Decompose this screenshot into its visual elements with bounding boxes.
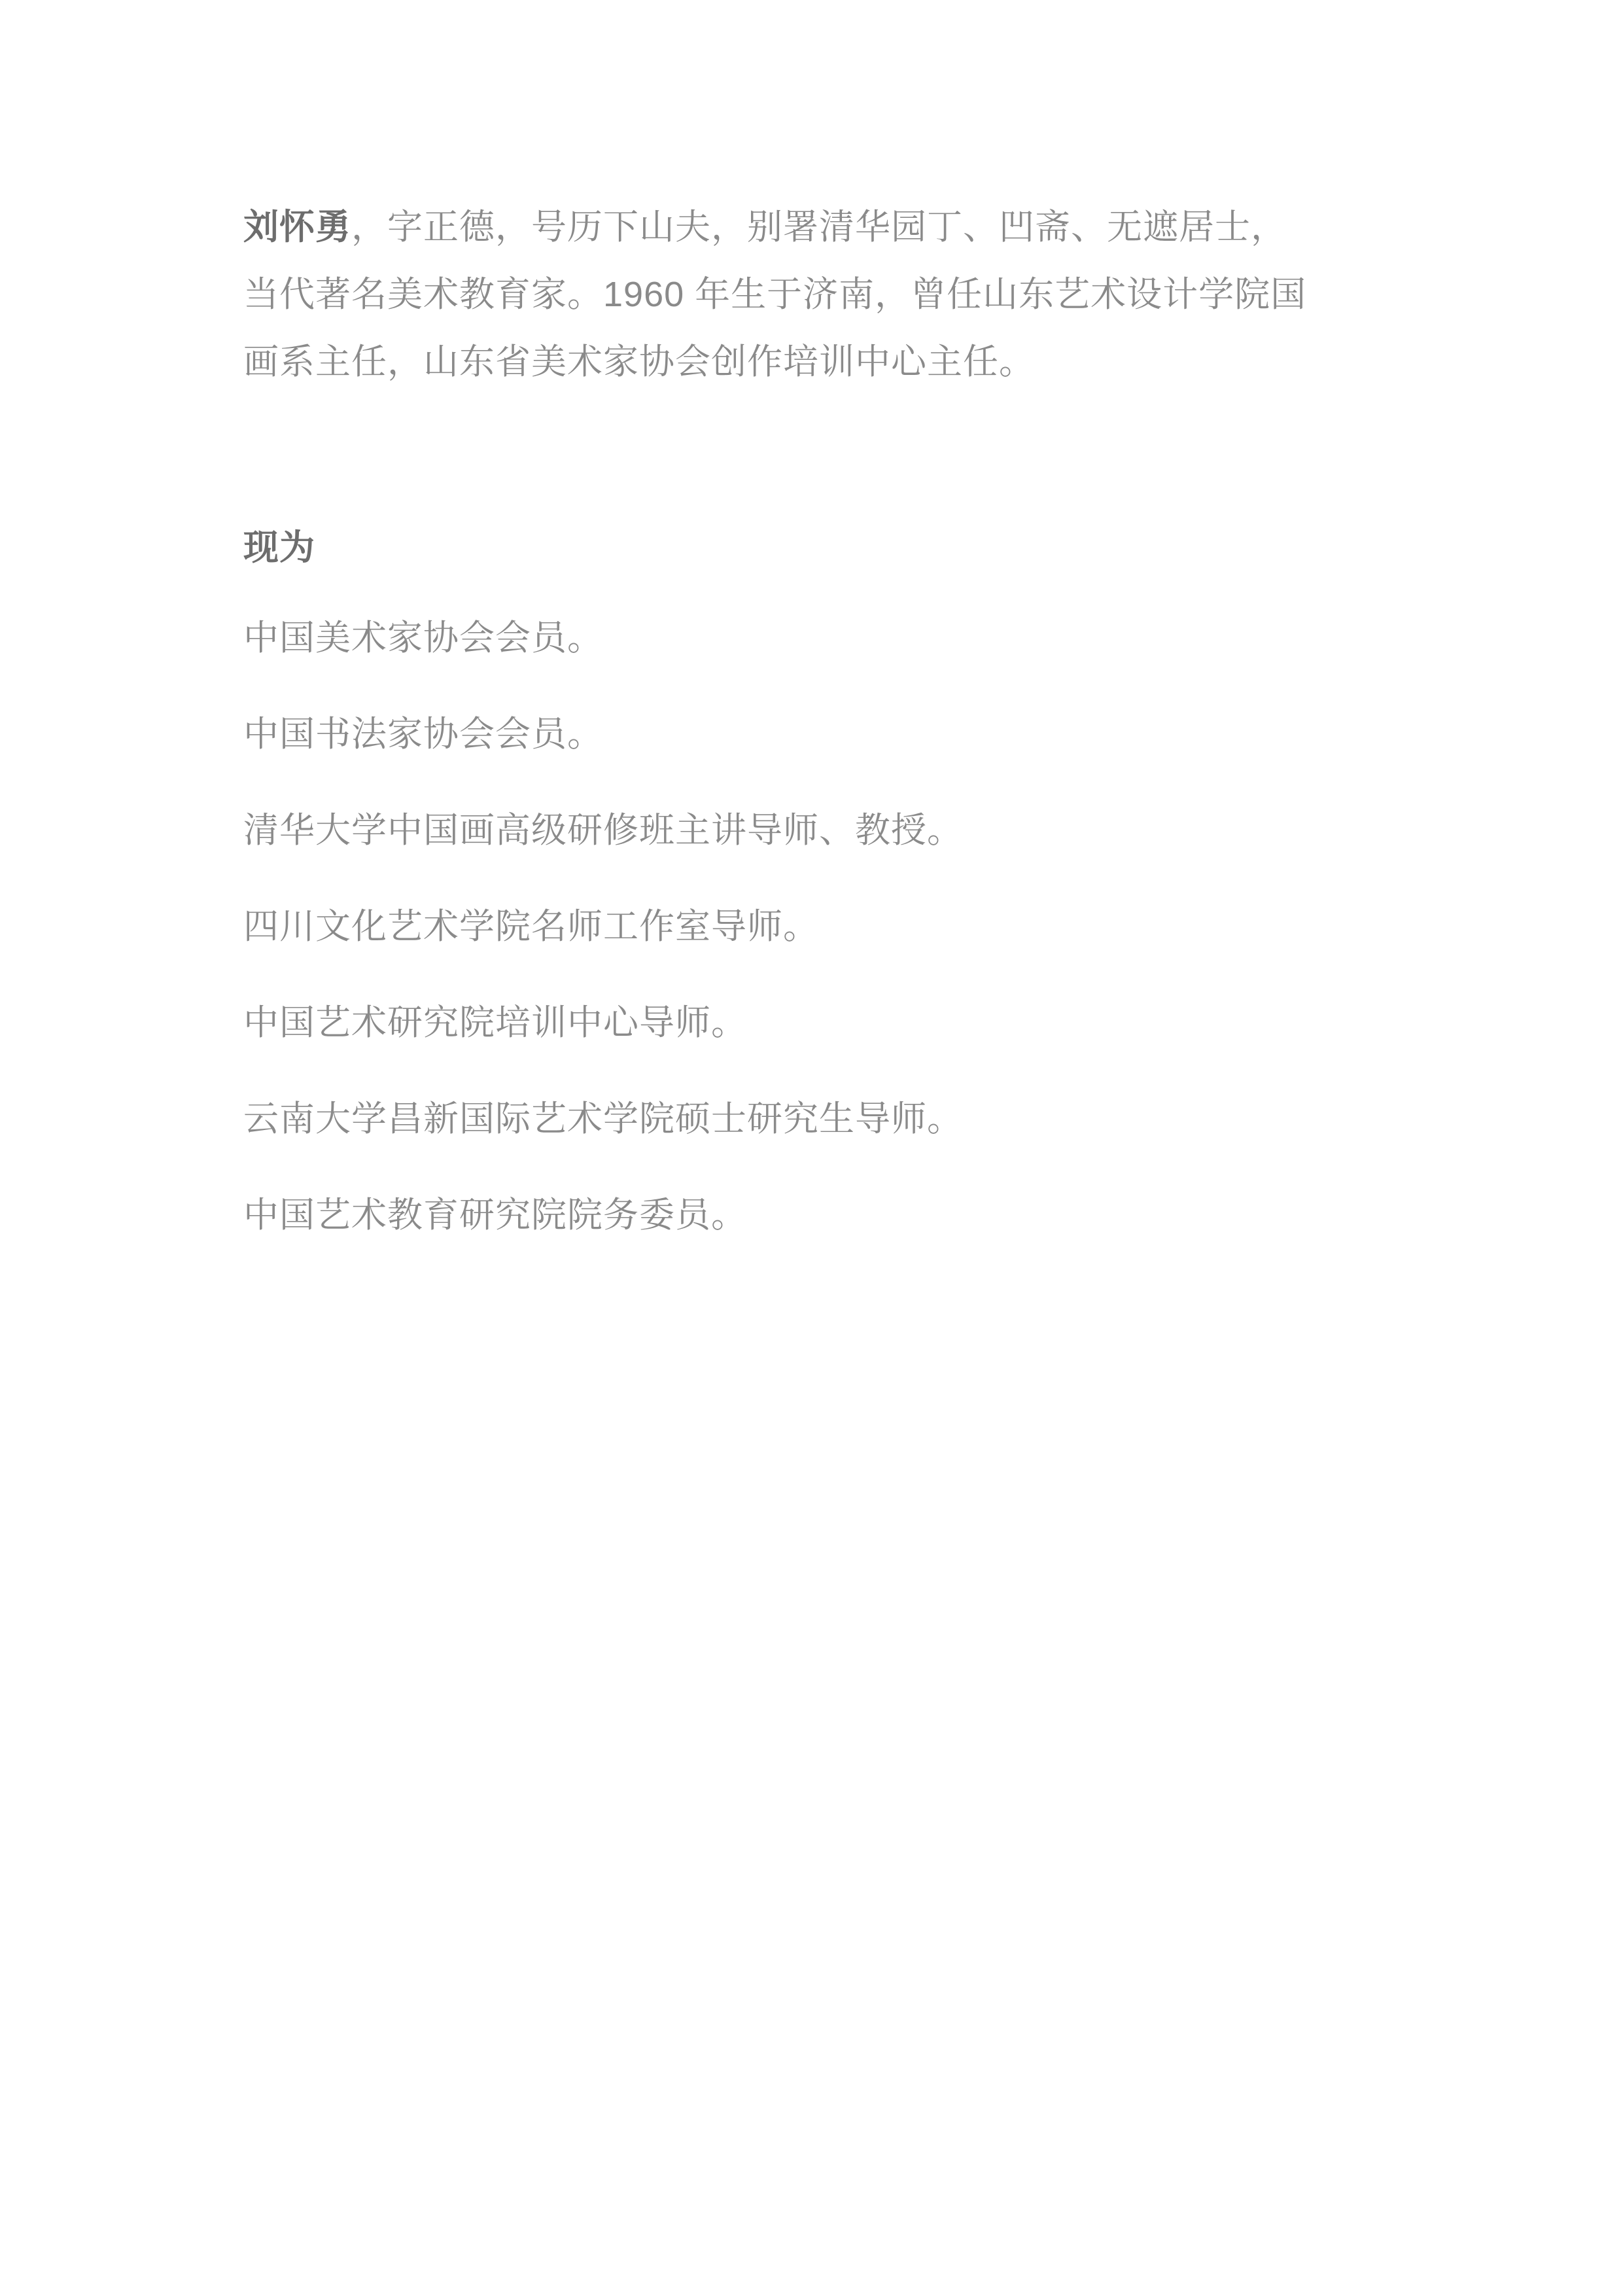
role-item: 中国艺术教育研究院院务委员。 (243, 1182, 1421, 1249)
person-name: 刘怀勇 (243, 207, 351, 247)
role-item: 中国书法家协会会员。 (243, 701, 1421, 768)
document-page: 刘怀勇，字正德，号历下山夫，别署清华园丁、凹斋、无遮居士， 当代著名美术教育家。… (0, 0, 1623, 2296)
role-item: 中国美术家协会会员。 (243, 605, 1421, 672)
bio-line-1-text: ，字正德，号历下山夫，别署清华园丁、凹斋、无遮居士， (351, 207, 1287, 247)
role-item: 清华大学中国画高级研修班主讲导师、教授。 (243, 797, 1421, 864)
current-roles-list: 中国美术家协会会员。 中国书法家协会会员。 清华大学中国画高级研修班主讲导师、教… (243, 605, 1421, 1278)
bio-paragraph-line-3: 画系主任，山东省美术家协会创作培训中心主任。 (243, 328, 1421, 396)
bio-paragraph-line-1: 刘怀勇，字正德，号历下山夫，别署清华园丁、凹斋、无遮居士， (243, 194, 1421, 261)
role-item: 云南大学昌新国际艺术学院硕士研究生导师。 (243, 1086, 1421, 1153)
role-item: 四川文化艺术学院名师工作室导师。 (243, 893, 1421, 961)
bio-paragraph-line-2: 当代著名美术教育家。1960 年生于济南，曾任山东艺术设计学院国 (243, 261, 1421, 328)
role-item: 中国艺术研究院培训中心导师。 (243, 989, 1421, 1057)
section-heading-current-roles: 现为 (243, 514, 315, 582)
bio-paragraph: 刘怀勇，字正德，号历下山夫，别署清华园丁、凹斋、无遮居士， 当代著名美术教育家。… (243, 194, 1421, 396)
